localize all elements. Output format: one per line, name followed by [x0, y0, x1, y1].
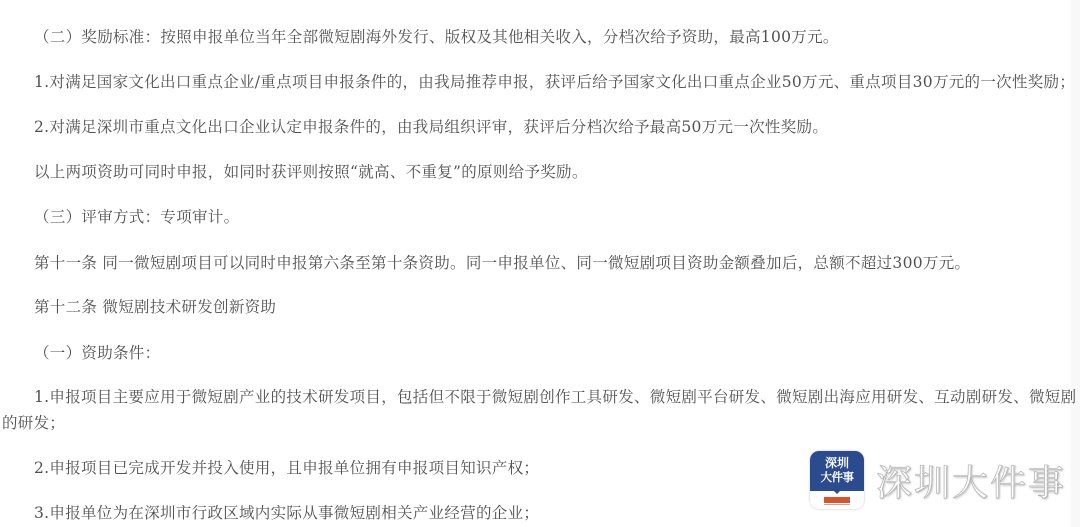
paragraph-reward-standard: （二）奖励标准：按照申报单位当年全部微短剧海外发行、版权及其他相关收入，分档次给… [34, 27, 839, 47]
app-icon-pointer [834, 491, 840, 494]
app-icon-label: 深圳 大件事 [810, 451, 864, 491]
app-icon-badge [824, 497, 850, 503]
app-icon-line2: 大件事 [810, 470, 864, 484]
heading-article-12: 第十二条 微短剧技术研发创新资助 [34, 297, 276, 317]
app-icon-badge-sub [824, 504, 850, 505]
paragraph-review-method: （三）评审方式：专项审计。 [34, 207, 239, 227]
shenzhen-dajianshi-app-icon: 深圳 大件事 [810, 451, 864, 509]
watermark: 深圳 大件事 深圳大件事 [810, 450, 1066, 510]
paragraph-condition-3: 3.申报单位为在深圳市行政区域内实际从事微短剧相关产业经营的企业； [34, 503, 539, 523]
watermark-text: 深圳大件事 [876, 455, 1066, 506]
document-page: （二）奖励标准：按照申报单位当年全部微短剧海外发行、版权及其他相关收入，分档次给… [0, 0, 1080, 527]
paragraph-condition-1-continued: 的研发； [2, 413, 65, 433]
paragraph-national-export-reward: 1.对满足国家文化出口重点企业/重点项目申报条件的，由我局推荐申报，获评后给予国… [34, 72, 1075, 92]
paragraph-combined-application: 以上两项资助可同时申报，如同时获评则按照“就高、不重复”的原则给予奖励。 [34, 162, 588, 182]
paragraph-condition-1: 1.申报项目主要应用于微短剧产业的技术研发项目，包括但不限于微短剧创作工具研发、… [34, 387, 1076, 407]
paragraph-article-11: 第十一条 同一微短剧项目可以同时申报第六条至第十条资助。同一申报单位、同一微短剧… [34, 253, 970, 273]
paragraph-condition-2: 2.申报项目已完成开发并投入使用，且申报单位拥有申报项目知识产权； [34, 458, 539, 478]
app-icon-line1: 深圳 [810, 456, 864, 470]
paragraph-shenzhen-export-reward: 2.对满足深圳市重点文化出口企业认定申报条件的，由我局组织评审，获评后分档次给予… [34, 117, 828, 137]
heading-funding-conditions: （一）资助条件： [34, 343, 160, 363]
